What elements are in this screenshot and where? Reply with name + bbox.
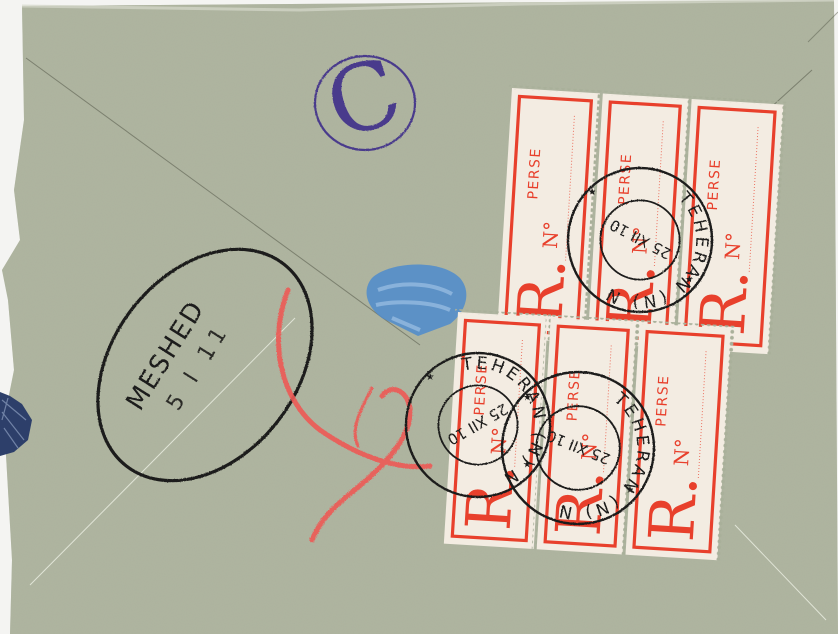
label-number: N° [538,220,564,249]
svg-text:★: ★ [523,459,532,470]
envelope-scan: C MESHED 5 I 11 PERSER.N°PERSER.N°PERSER… [0,0,838,634]
label-number: N° [669,438,695,467]
label-country: PERSE [653,374,672,427]
svg-text:★: ★ [625,485,634,496]
svg-text:★: ★ [426,372,435,383]
label-country: PERSE [525,147,544,200]
label-country: PERSE [565,369,584,422]
label-number: N° [720,232,746,261]
svg-text:★: ★ [523,392,532,403]
label-country: PERSE [616,152,635,205]
svg-text:★: ★ [588,187,597,198]
label-country: PERSE [705,158,724,211]
registration-label: PERSER.N° [494,85,603,343]
svg-text:★: ★ [685,274,694,285]
